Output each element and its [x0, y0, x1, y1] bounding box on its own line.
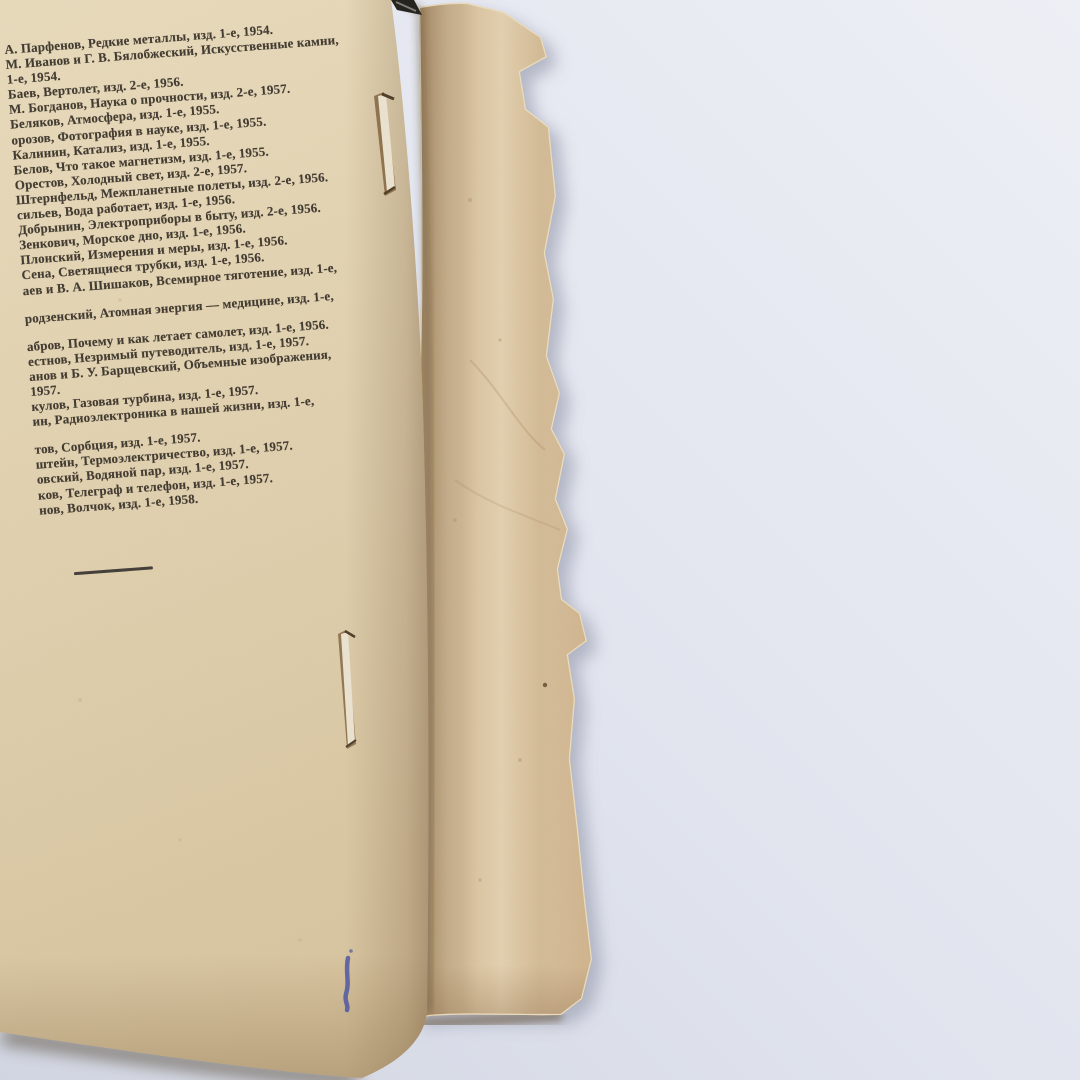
book-photo-scene	[0, 0, 1080, 1080]
paper-grain	[0, 0, 592, 1078]
book-photo: А. Парфенов, Редкие металлы, изд. 1-е, 1…	[0, 0, 1080, 1080]
